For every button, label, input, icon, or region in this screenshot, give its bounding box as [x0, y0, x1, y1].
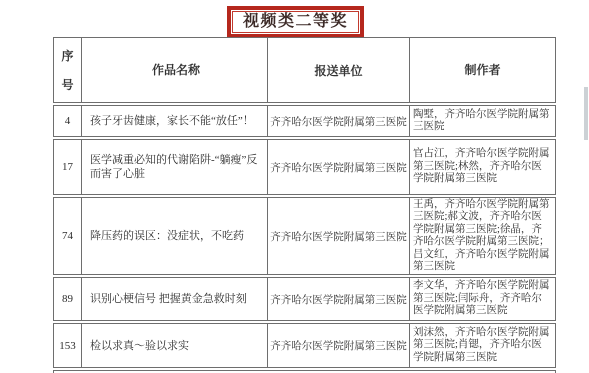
cell-creator: 官占江，齐齐哈尔医学院附属第三医院;林然，齐齐哈尔医学院附属第三医院	[410, 140, 555, 194]
table-row: 74 降压药的误区：没症状，不吃药 齐齐哈尔医学院附属第三医院 王禹，齐齐哈尔医…	[53, 197, 556, 275]
cell-seq: 4	[54, 106, 82, 136]
cell-submitting-unit: 齐齐哈尔医学院附属第三医院	[268, 198, 410, 274]
cell-seq: 153	[54, 324, 82, 367]
cell-submitting-unit: 齐齐哈尔医学院附属第三医院	[268, 140, 410, 194]
table-row: 153 检以求真～验以求实 齐齐哈尔医学院附属第三医院 刘沫然，齐齐哈尔医学院附…	[53, 323, 556, 368]
header-seq-line1: 序	[61, 47, 73, 64]
table-row: 4 孩子牙齿健康，家长不能“放任”！ 齐齐哈尔医学院附属第三医院 陶墅，齐齐哈尔…	[53, 105, 556, 137]
cell-seq: 17	[54, 140, 82, 194]
cell-submitting-unit: 齐齐哈尔医学院附属第三医院	[268, 278, 410, 320]
cell-creator: 王禹，齐齐哈尔医学院附属第三医院;郝文波，齐齐哈尔医学院附属第三医院;徐晶，齐齐…	[410, 198, 555, 274]
header-seq-line2: 号	[61, 76, 73, 93]
cell-submitting-unit: 齐齐哈尔医学院附属第三医院	[268, 106, 410, 136]
cell-work-name: 降压药的误区：没症状，不吃药	[82, 198, 268, 274]
table-row: 17 医学减重必知的代谢陷阱-“躺瘦”反而害了心脏 齐齐哈尔医学院附属第三医院 …	[53, 139, 556, 195]
cell-creator: 刘沫然，齐齐哈尔医学院附属第三医院;肖锶，齐齐哈尔医学院附属第三医院	[410, 324, 555, 367]
cell-seq: 89	[54, 278, 82, 320]
header-creator: 制作者	[410, 38, 555, 102]
cell-submitting-unit: 齐齐哈尔医学院附属第三医院	[268, 324, 410, 367]
header-seq: 序 号	[54, 38, 82, 102]
table-row: 89 识别心梗信号 把握黄金急救时刻 齐齐哈尔医学院附属第三医院 李文华，齐齐哈…	[53, 277, 556, 321]
page-title: 视频类二等奖	[232, 11, 359, 33]
cell-seq: 74	[54, 198, 82, 274]
cell-work-name: 孩子牙齿健康，家长不能“放任”！	[82, 106, 268, 136]
cell-work-name: 识别心梗信号 把握黄金急救时刻	[82, 278, 268, 320]
cell-creator: 李文华，齐齐哈尔医学院附属第三医院;闫际舟，齐齐哈尔医学院附属第三医院	[410, 278, 555, 320]
award-title-banner: 视频类二等奖	[227, 6, 364, 38]
cell-work-name: 检以求真～验以求实	[82, 324, 268, 367]
cell-creator: 陶墅，齐齐哈尔医学院附属第三医院	[410, 106, 555, 136]
award-table: 序 号 作品名称 报送单位 制作者 4 孩子牙齿健康，家长不能“放任”！ 齐齐哈…	[53, 37, 556, 373]
header-submitting-unit: 报送单位	[268, 38, 410, 102]
document-page: 视频类二等奖 序 号 作品名称 报送单位 制作者 4 孩子牙齿健康，家长不能“放…	[0, 0, 589, 373]
cell-work-name: 医学减重必知的代谢陷阱-“躺瘦”反而害了心脏	[82, 140, 268, 194]
scan-edge-artifact	[584, 87, 588, 140]
table-header-row: 序 号 作品名称 报送单位 制作者	[53, 37, 556, 103]
header-work-name: 作品名称	[82, 38, 268, 102]
